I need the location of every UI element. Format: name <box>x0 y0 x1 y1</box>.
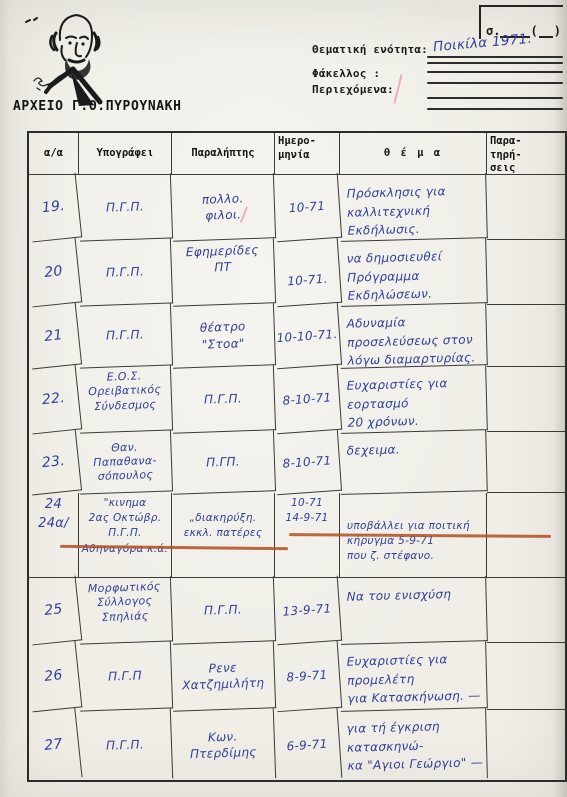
table-cell-signer: Π.Γ.Π. <box>78 173 173 241</box>
blank-line <box>427 62 563 64</box>
table-cell-subject: Να του ενισχύση <box>339 576 488 645</box>
table-cell-note <box>487 175 565 240</box>
table-cell-signer: Π.Γ.Π. <box>78 238 173 306</box>
thematic-underline <box>427 56 563 58</box>
table-cell-signer: "κινημα 2ας Οκτώβρ. Π.Γ.Π. Αθηναγόρα κ.ά… <box>79 493 172 578</box>
table-cell-signer: Θαν. Παπαθανα- σόπουλος <box>78 430 173 494</box>
table-cell-subject: Ευχαριστίες για προμελέτη για Κατασκήνωσ… <box>339 641 488 712</box>
folder-label: Φάκελλος : <box>312 67 380 80</box>
table-cell-recipient: Π.Γ.Π. <box>171 576 276 645</box>
table-cell-date: 10-71 <box>273 173 342 242</box>
table-cell-num: 19. <box>26 173 83 243</box>
scan-artifact-line <box>393 74 402 103</box>
col-header-date: Ημερο- μηνία <box>275 133 340 175</box>
table-cell-subject: Αδυναμία προσελεύσεως στον λόγω διαμαρτυ… <box>339 303 488 369</box>
table-cell-num: 20 <box>26 238 83 308</box>
table-cell-date: 10-71. <box>273 238 342 307</box>
table-cell-recipient: Π.Γ.Π. <box>171 365 276 434</box>
table-cell-date: 13-9-71 <box>273 576 342 645</box>
table-cell-subject: Πρόσκλησις για καλλιτεχνική Εκδήλωσις. <box>339 173 488 242</box>
paren-close: ) <box>554 24 561 38</box>
scanned-archive-page: ΑΡΧΕΙΟ Γ.Θ.ΠΥΡΟΥΝΑΚΗ σ. ( ) Θεματική ενό… <box>0 0 567 797</box>
table-cell-num: 23. <box>26 430 82 496</box>
table-cell-note <box>487 240 565 305</box>
table-cell-recipient: θέατρο "Στοα" <box>171 303 276 369</box>
contents-label: Περιεχόμενα: <box>312 83 394 96</box>
blank-line <box>427 82 563 84</box>
table-cell-note <box>487 432 565 493</box>
table-cell-date: 8-10-71 <box>273 365 342 434</box>
blank-line <box>427 71 563 73</box>
table-cell-signer: Π.Γ.Π. <box>78 303 173 368</box>
col-header-recipient: Παραλήπτης <box>172 133 275 175</box>
table-cell-signer: Ε.Ο.Σ. Ορειβατικός Σύνδεσμος <box>78 365 173 433</box>
table-cell-subject: για τή έγκριση κατασκηνώ- κα "Αγιοι Γεώρ… <box>339 708 488 782</box>
table-cell-num: 24 24α/ <box>29 493 79 578</box>
table-cell-num: 21 <box>26 303 82 370</box>
col-header-index: α/α <box>29 133 79 175</box>
table-cell-recipient: Κων. Πτερδίμης <box>171 708 276 782</box>
col-header-subject: θ έ μ α <box>340 133 487 175</box>
archive-title: ΑΡΧΕΙΟ Γ.Θ.ΠΥΡΟΥΝΑΚΗ <box>13 99 182 114</box>
col-header-signer: Υπογράφει <box>79 133 172 175</box>
col-header-notes: Παρα- τηρή- σεις <box>487 133 565 175</box>
table-cell-num: 22. <box>26 365 83 435</box>
table-cell-signer: Μορφωτικός Σύλλογος Σπηλιάς <box>78 576 173 644</box>
blank-line <box>427 108 563 110</box>
table-cell-date: 8-10-71 <box>273 430 342 495</box>
table-cell-recipient: Ρενε Χατζημιλήτη <box>171 641 276 712</box>
table-cell-signer: Π.Γ.Π. <box>78 708 173 781</box>
table-cell-date: 8-9-71 <box>273 641 343 712</box>
table-cell-subject: Ευχαριστίες για εορτασμό 20 χρόνων. <box>339 365 488 434</box>
table-cell-subject: δεχειμα. <box>339 430 488 495</box>
thematic-unit-value: Ποικίλα 1971. <box>432 31 532 56</box>
table-cell-note <box>487 643 565 710</box>
table-cell-num: 25 <box>26 576 83 646</box>
table-cell-subject: να δημοσιευθεί Πρόγραμμα Εκδηλώσεων. <box>339 238 488 307</box>
table-cell-note <box>487 578 565 643</box>
thematic-unit-label: Θεματική ενότητα: <box>312 43 428 56</box>
table-cell-signer: Π.Γ.Π <box>78 641 173 711</box>
table-cell-recipient: „διακηρύξη. εκκλ. πατέρες <box>172 493 275 578</box>
register-table: α/α Υπογράφει Παραλήπτης Ημερο- μηνία θ … <box>27 131 567 782</box>
table-cell-date: 6-9-71 <box>273 708 343 782</box>
table-cell-recipient: Εφημερίδες ΠΤ <box>171 238 276 307</box>
page-number-sub-blank <box>539 25 553 38</box>
table-cell-note <box>487 710 565 780</box>
table-cell-recipient: πολλο. φιλοι. <box>171 173 276 242</box>
table-cell-note <box>487 367 565 432</box>
table-cell-date: 10-10-71. <box>273 303 342 369</box>
table-cell-num: 26 <box>26 641 83 713</box>
table-cell-num: 27 <box>25 708 82 783</box>
table-cell-recipient: Π.ΓΠ. <box>171 430 276 495</box>
table-cell-note <box>487 305 565 367</box>
portrait-sketch <box>20 6 130 106</box>
blank-line <box>427 97 563 99</box>
